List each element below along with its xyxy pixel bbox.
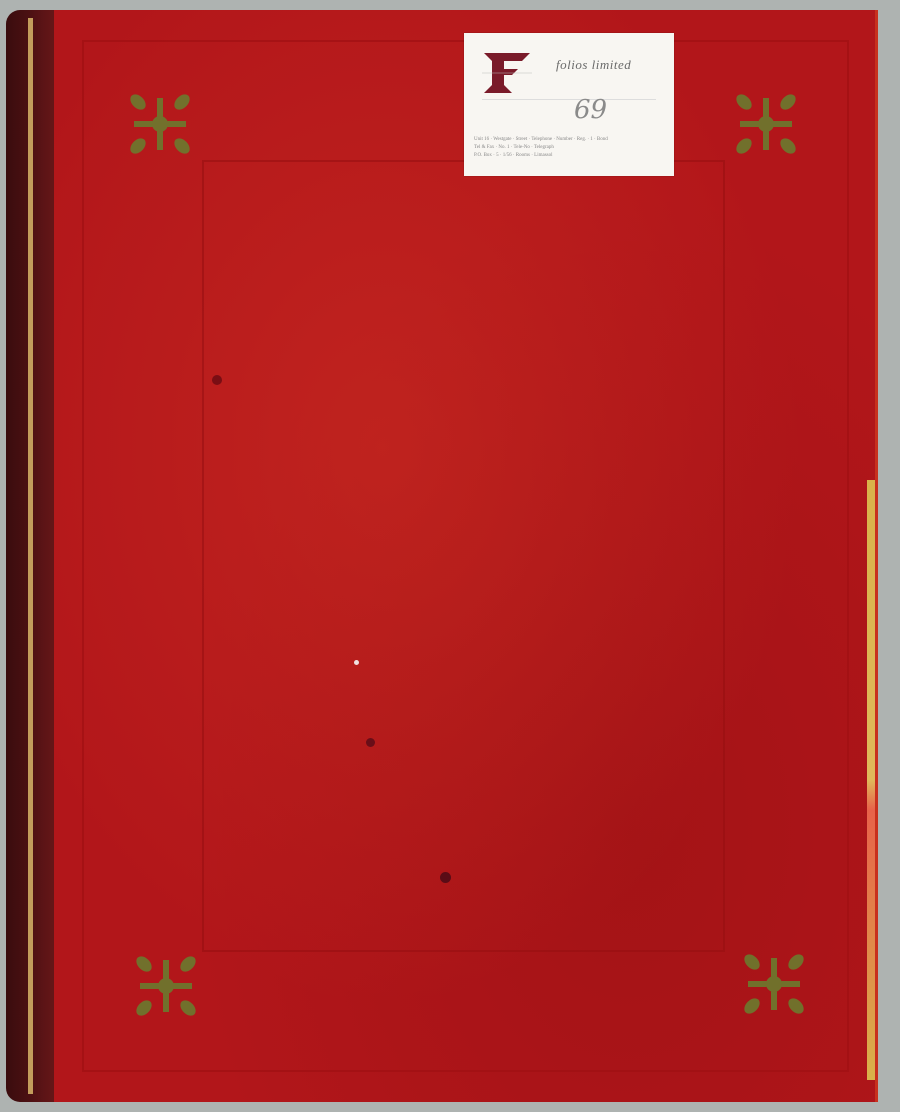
- address-line: P.O. Box · 5 · 1/56 · Rooms · Limassol: [474, 152, 664, 160]
- folios-logo-icon: [482, 51, 532, 95]
- spine-gilt-edge: [28, 18, 33, 1094]
- book-spine: [6, 10, 60, 1102]
- address-line: Tel & Fax · No. 1 · Tele-No · Telegraph: [474, 144, 664, 152]
- front-cover: folios limited 69 Unit 16 · Westgate · S…: [54, 10, 878, 1102]
- wear-spot: [440, 872, 451, 883]
- wear-spot: [212, 375, 222, 385]
- address-line: Unit 16 · Westgate · Street · Telephone …: [474, 136, 664, 144]
- leaf-cross-ornament-icon: [130, 950, 202, 1022]
- wear-spot: [366, 738, 375, 747]
- brand-name: folios limited: [556, 57, 631, 73]
- address-block: Unit 16 · Westgate · Street · Telephone …: [474, 136, 664, 160]
- dealer-label: folios limited 69 Unit 16 · Westgate · S…: [464, 33, 674, 176]
- blind-tooled-inner-frame: [202, 160, 725, 952]
- leaf-cross-ornament-icon: [124, 88, 196, 160]
- wear-spot: [354, 660, 359, 665]
- book: folios limited 69 Unit 16 · Westgate · S…: [6, 10, 886, 1102]
- leaf-cross-ornament-icon: [730, 88, 802, 160]
- leaf-cross-ornament-icon: [738, 948, 810, 1020]
- label-divider: [482, 99, 656, 100]
- handwritten-number: 69: [574, 95, 607, 125]
- page-edges: [867, 480, 875, 1080]
